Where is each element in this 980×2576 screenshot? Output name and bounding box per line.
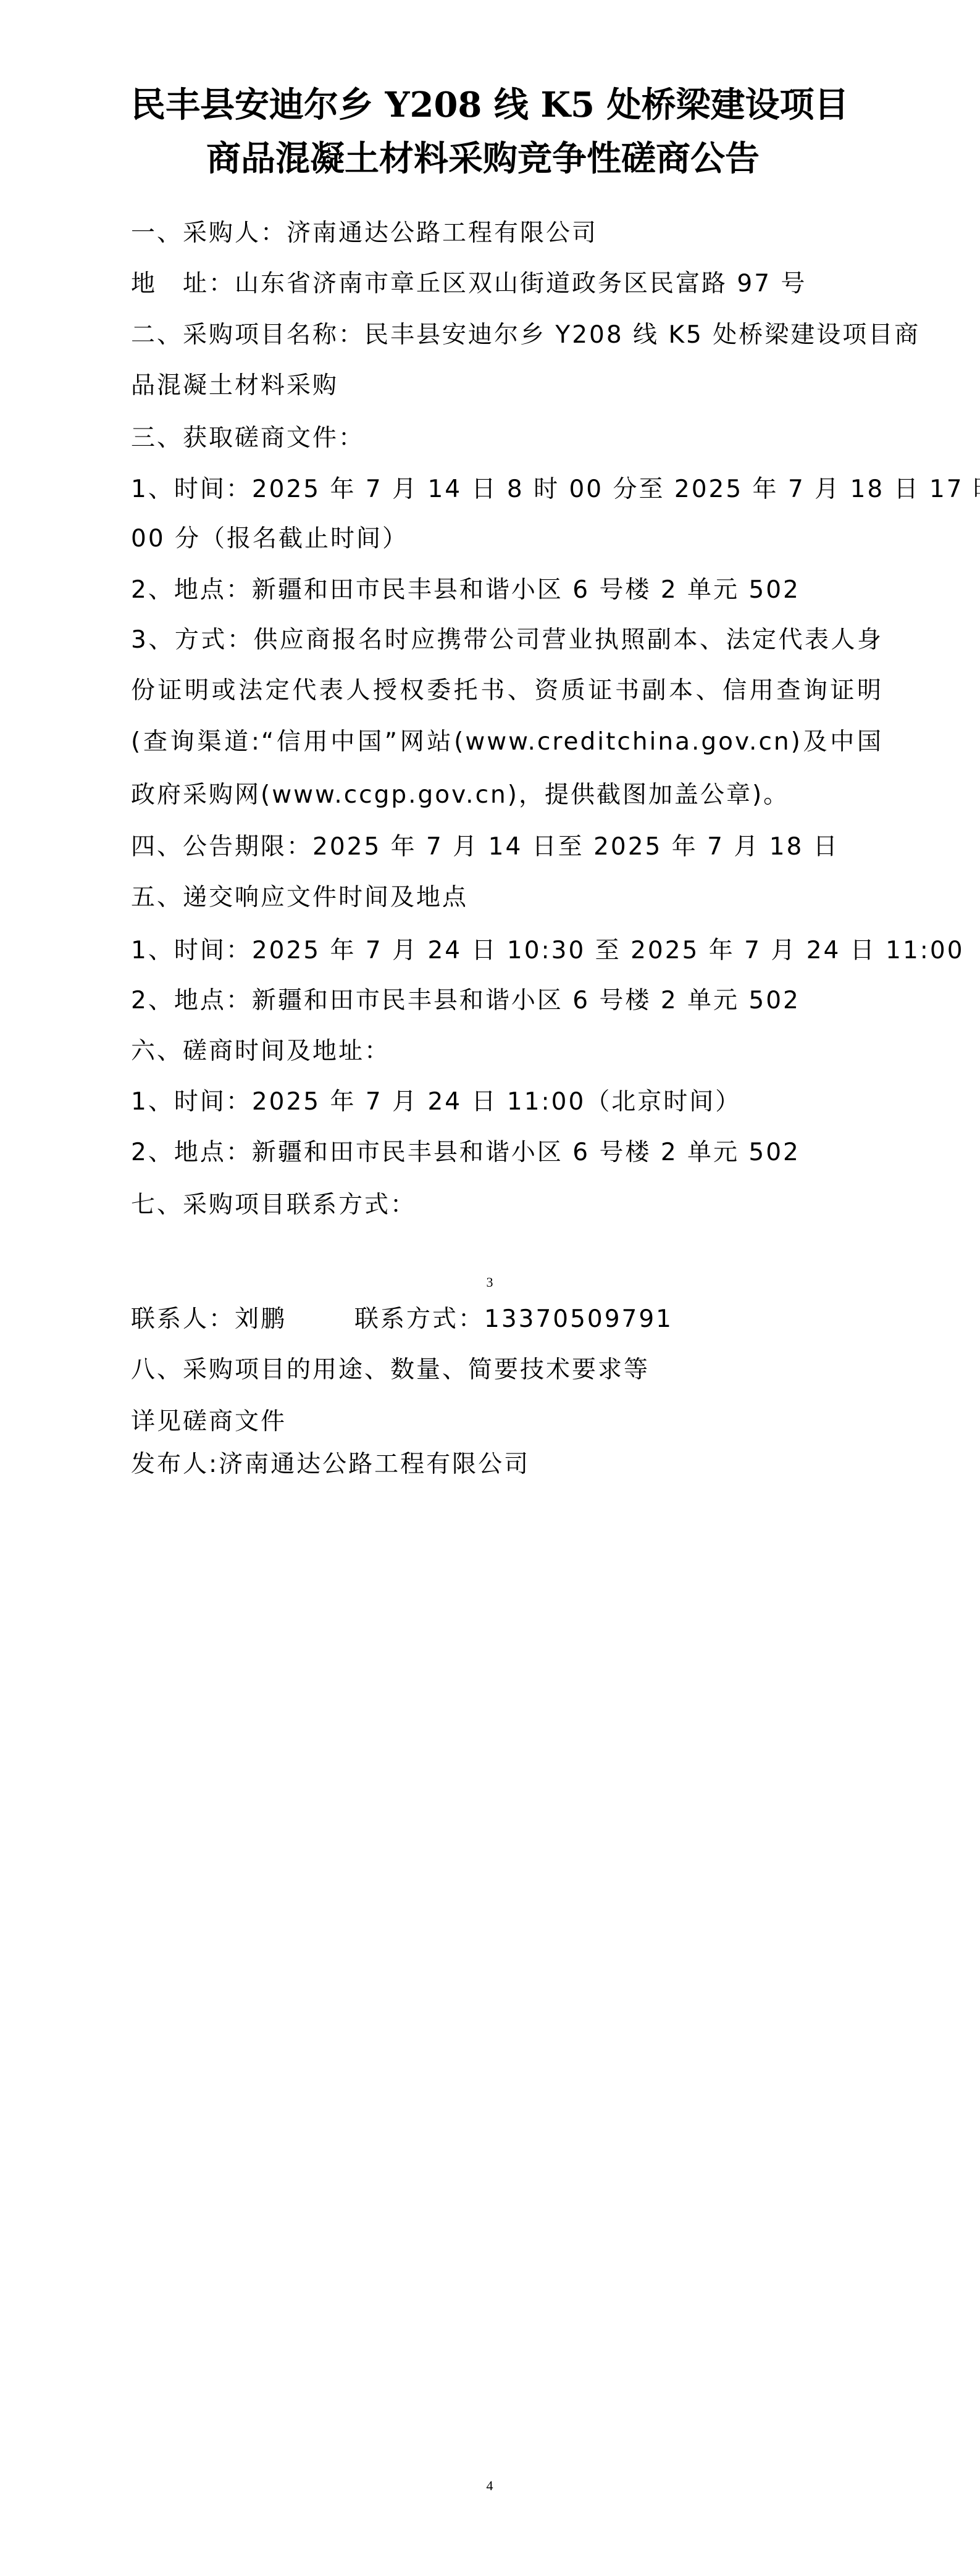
obtain-documents-method-line-1: 3、方式：供应商报名时应携带公司营业执照副本、法定代表人身	[131, 624, 883, 656]
obtain-documents-method-line-4: 政府采购网(www.ccgp.gov.cn)，提供截图加盖公章)。	[131, 779, 883, 811]
section-project-name-line-2: 品混凝土材料采购	[131, 370, 883, 402]
contact-info: 联系人：刘鹏联系方式：13370509791	[131, 1303, 883, 1336]
section-purchaser-heading: 一、采购人：济南通达公路工程有限公司	[131, 217, 883, 249]
section-submission-heading: 五、递交响应文件时间及地点	[131, 882, 883, 914]
requirements-text: 详见磋商文件	[131, 1406, 883, 1438]
negotiation-location: 2、地点：新疆和田市民丰县和谐小区 6 号楼 2 单元 502	[131, 1137, 883, 1169]
obtain-documents-time-line-1: 1、时间：2025 年 7 月 14 日 8 时 00 分至 2025 年 7 …	[131, 474, 883, 506]
obtain-documents-location: 2、地点：新疆和田市民丰县和谐小区 6 号楼 2 单元 502	[131, 574, 883, 606]
document-title-line-2: 商品混凝土材料采购竞争性磋商公告	[131, 139, 835, 178]
section-negotiation-heading: 六、磋商时间及地址：	[131, 1035, 883, 1068]
section-contact-heading: 七、采购项目联系方式：	[131, 1189, 883, 1221]
section-requirements-heading: 八、采购项目的用途、数量、简要技术要求等	[131, 1354, 883, 1386]
submission-time: 1、时间：2025 年 7 月 24 日 10:30 至 2025 年 7 月 …	[131, 935, 883, 967]
section-notice-period: 四、公告期限：2025 年 7 月 14 日至 2025 年 7 月 18 日	[131, 831, 883, 863]
negotiation-time: 1、时间：2025 年 7 月 24 日 11:00（北京时间）	[131, 1086, 883, 1118]
page-number-4: 4	[477, 2478, 502, 2494]
contact-person: 联系人：刘鹏	[131, 1305, 287, 1333]
purchaser-address: 地 址：山东省济南市章丘区双山街道政务区民富路 97 号	[131, 268, 883, 300]
contact-phone: 联系方式：13370509791	[354, 1305, 673, 1333]
document-page: 民丰县安迪尔乡 Y208 线 K5 处桥梁建设项目 商品混凝土材料采购竞争性磋商…	[0, 0, 980, 2576]
section-obtain-documents-heading: 三、获取磋商文件：	[131, 422, 883, 454]
section-project-name-line-1: 二、采购项目名称：民丰县安迪尔乡 Y208 线 K5 处桥梁建设项目商	[131, 319, 883, 351]
document-title-line-1: 民丰县安迪尔乡 Y208 线 K5 处桥梁建设项目	[131, 85, 835, 125]
obtain-documents-time-line-2: 00 分（报名截止时间）	[131, 523, 883, 555]
publisher: 发布人:济南通达公路工程有限公司	[131, 1449, 883, 1481]
page-number-3: 3	[477, 1274, 502, 1290]
obtain-documents-method-line-2: 份证明或法定代表人授权委托书、资质证书副本、信用查询证明	[131, 675, 883, 707]
submission-location: 2、地点：新疆和田市民丰县和谐小区 6 号楼 2 单元 502	[131, 985, 883, 1017]
obtain-documents-method-line-3: (查询渠道:“信用中国”网站(www.creditchina.gov.cn)及中…	[131, 726, 883, 758]
